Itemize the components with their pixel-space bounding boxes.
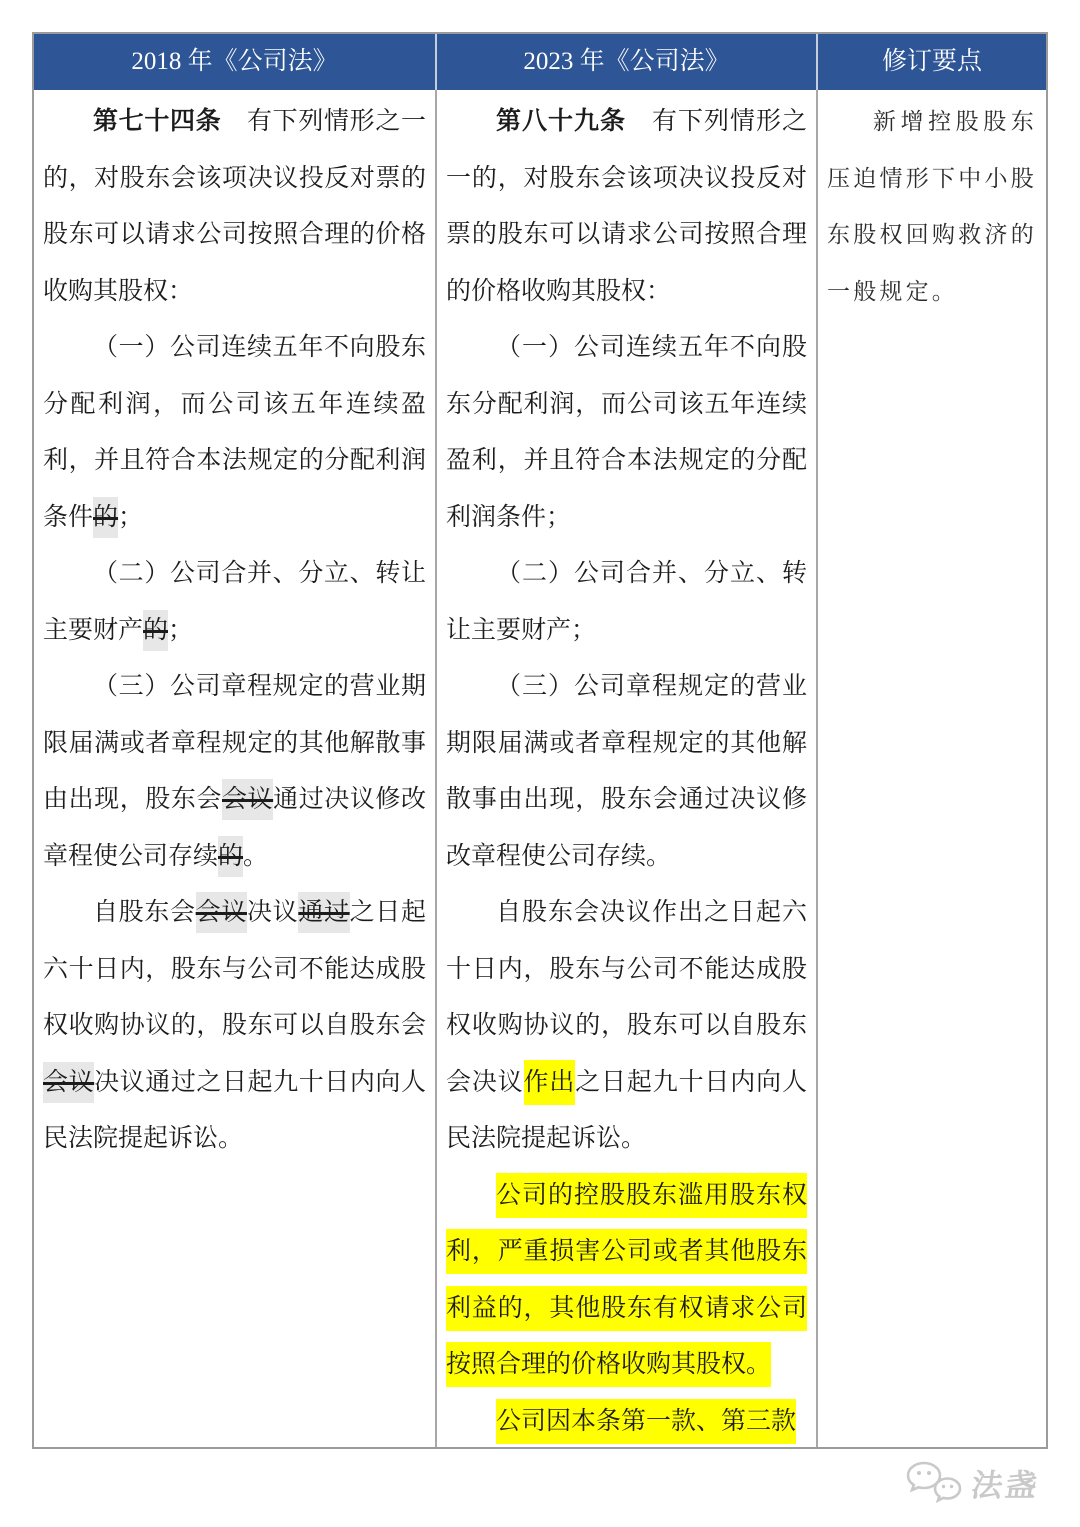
deleted-text: 会议 — [43, 1062, 94, 1103]
paragraph: （三）公司章程规定的营业期限届满或者章程规定的其他解散事由出现，股东会通过决议修… — [446, 659, 807, 885]
text-run: ； — [168, 617, 193, 644]
text-run: 自股东会 — [93, 899, 196, 926]
wechat-logo-icon — [904, 1459, 964, 1505]
watermark-label: 法盏 — [969, 1460, 1043, 1505]
header-2018-law: 2018 年《公司法》 — [34, 34, 437, 90]
paragraph: （一）公司连续五年不向股东分配利润，而公司该五年连续盈利，并且符合本法规定的分配… — [446, 320, 807, 546]
article-number: 第七十四条 — [93, 108, 221, 135]
header-revision-points: 修订要点 — [818, 34, 1046, 90]
text-run: 有下列情形之一的，对股东会该项决议投反对票的股东可以请求公司按照合理的价格收购其… — [43, 108, 426, 305]
highlighted-text: 公司因本条第一款、第三款 — [496, 1399, 796, 1444]
paragraph: 新增控股股东压迫情形下中小股东股权回购救济的一般规定。 — [827, 94, 1037, 320]
text-run: 。 — [243, 843, 268, 870]
paragraph: 公司因本条第一款、第三款 — [446, 1394, 807, 1448]
paragraph: 自股东会会议决议通过之日起六十日内，股东与公司不能达成股权收购协议的，股东可以自… — [43, 885, 426, 1168]
paragraph: （二）公司合并、分立、转让主要财产； — [446, 546, 807, 659]
text-run: （三）公司章程规定的营业期限届满或者章程规定的其他解散事由出现，股东会通过决议修… — [446, 673, 807, 870]
paragraph: 自股东会决议作出之日起六十日内，股东与公司不能达成股权收购协议的，股东可以自股东… — [446, 885, 807, 1168]
column-2023-law-text: 第八十九条 有下列情形之一的，对股东会该项决议投反对票的股东可以请求公司按照合理… — [437, 90, 818, 1447]
deleted-text: 会议 — [196, 892, 247, 933]
text-run: 决议 — [247, 899, 298, 926]
text-run: 新增控股股东压迫情形下中小股东股权回购救济的一般规定。 — [827, 109, 1037, 304]
paragraph: 第七十四条 有下列情形之一的，对股东会该项决议投反对票的股东可以请求公司按照合理… — [43, 94, 426, 320]
text-run: （二）公司合并、分立、转让主要财产 — [43, 560, 426, 644]
deleted-text: 的 — [93, 497, 118, 538]
text-run: 有下列情形之一的，对股东会该项决议投反对票的股东可以请求公司按照合理的价格收购其… — [446, 108, 807, 305]
text-run: 自股东会决议作出之日起六十日内，股东与公司不能达成股权收购协议的，股东可以自股东… — [446, 899, 807, 1096]
highlighted-text: 作出 — [524, 1060, 576, 1105]
watermark: 法盏 — [904, 1456, 1040, 1508]
table-body-row: 第七十四条 有下列情形之一的，对股东会该项决议投反对票的股东可以请求公司按照合理… — [34, 90, 1046, 1447]
highlighted-text: 公司的控股股东滥用股东权利，严重损害公司或者其他股东利益的，其他股东有权请求公司… — [446, 1173, 807, 1388]
column-2018-law-text: 第七十四条 有下列情形之一的，对股东会该项决议投反对票的股东可以请求公司按照合理… — [34, 90, 437, 1447]
article-number: 第八十九条 — [496, 108, 626, 135]
column-revision-points-text: 新增控股股东压迫情形下中小股东股权回购救济的一般规定。 — [818, 90, 1046, 1447]
header-2023-law: 2023 年《公司法》 — [437, 34, 818, 90]
text-run: ； — [118, 504, 143, 531]
text-run: （一）公司连续五年不向股东分配利润，而公司该五年连续盈利，并且符合本法规定的分配… — [446, 334, 807, 531]
text-run: 决议通过之日起九十日内向人民法院提起诉讼。 — [43, 1069, 426, 1153]
table-header-row: 2018 年《公司法》 2023 年《公司法》 修订要点 — [34, 34, 1046, 90]
paragraph: （三）公司章程规定的营业期限届满或者章程规定的其他解散事由出现，股东会会议通过决… — [43, 659, 426, 885]
deleted-text: 会议 — [222, 779, 273, 820]
text-run: （二）公司合并、分立、转让主要财产； — [446, 560, 807, 644]
paragraph: 第八十九条 有下列情形之一的，对股东会该项决议投反对票的股东可以请求公司按照合理… — [446, 94, 807, 320]
comparison-table: 2018 年《公司法》 2023 年《公司法》 修订要点 第七十四条 有下列情形… — [32, 32, 1048, 1449]
deleted-text: 通过 — [298, 892, 349, 933]
deleted-text: 的 — [143, 610, 168, 651]
deleted-text: 的 — [218, 836, 243, 877]
paragraph: （二）公司合并、分立、转让主要财产的； — [43, 546, 426, 659]
paragraph: 公司的控股股东滥用股东权利，严重损害公司或者其他股东利益的，其他股东有权请求公司… — [446, 1168, 807, 1394]
paragraph: （一）公司连续五年不向股东分配利润，而公司该五年连续盈利，并且符合本法规定的分配… — [43, 320, 426, 546]
